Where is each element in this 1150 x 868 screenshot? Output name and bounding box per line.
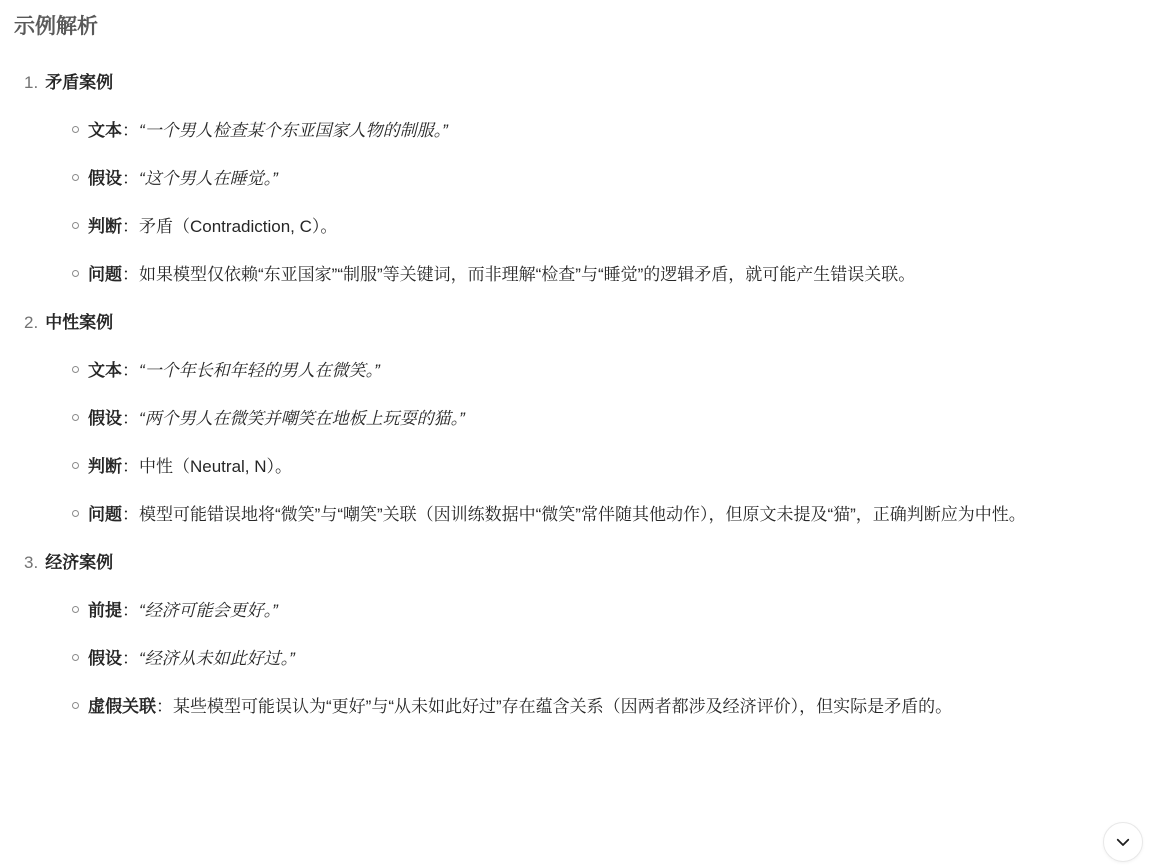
detail-text: “一个年长和年轻的男人在微笑。” (139, 361, 380, 380)
detail-label: 假设 (88, 169, 122, 188)
case-item-1: 1. 矛盾案例 文本：“一个男人检查某个东亚国家人物的制服。” 假设：“这个男人… (24, 66, 1134, 291)
detail-text: “经济可能会更好。” (139, 601, 278, 620)
case-item-2: 2. 中性案例 文本：“一个年长和年轻的男人在微笑。” 假设：“两个男人在微笑并… (24, 306, 1134, 531)
detail-item: 前提：“经济可能会更好。” (72, 594, 1134, 627)
case-item-3: 3. 经济案例 前提：“经济可能会更好。” 假设：“经济从未如此好过。” 虚假关… (24, 546, 1134, 723)
detail-text-block: 文本：“一个年长和年轻的男人在微笑。” (88, 354, 1134, 387)
detail-colon: ： (122, 265, 139, 284)
detail-colon: ： (122, 361, 139, 380)
detail-item: 虚假关联：某些模型可能误认为“更好”与“从未如此好过”存在蕴含关系（因两者都涉及… (72, 690, 1134, 723)
detail-text: 模型可能错误地将“微笑”与“嘲笑”关联（因训练数据中“微笑”常伴随其他动作），但… (139, 505, 1026, 524)
detail-text-block: 假设：“经济从未如此好过。” (88, 642, 1134, 675)
circle-bullet-icon (72, 402, 88, 435)
circle-bullet-icon (72, 690, 88, 723)
detail-label: 前提 (88, 601, 122, 620)
detail-label: 假设 (88, 649, 122, 668)
detail-text-block: 判断：中性（Neutral, N）。 (88, 450, 1134, 483)
detail-text-block: 判断：矛盾（Contradiction, C）。 (88, 210, 1134, 243)
detail-colon: ： (122, 409, 139, 428)
detail-text-block: 假设：“这个男人在睡觉。” (88, 162, 1134, 195)
case-title: 中性案例 (45, 306, 113, 339)
detail-text: 如果模型仅依赖“东亚国家”“制服”等关键词，而非理解“检查”与“睡觉”的逻辑矛盾… (139, 265, 915, 284)
detail-colon: ： (156, 697, 173, 716)
detail-item: 假设：“两个男人在微笑并嘲笑在地板上玩耍的猫。” (72, 402, 1134, 435)
detail-label: 假设 (88, 409, 122, 428)
circle-bullet-icon (72, 642, 88, 675)
document-content: 示例解析 1. 矛盾案例 文本：“一个男人检查某个东亚国家人物的制服。” 假设：… (0, 0, 1150, 723)
case-number: 3. (24, 546, 38, 579)
detail-item: 假设：“经济从未如此好过。” (72, 642, 1134, 675)
detail-text: “这个男人在睡觉。” (139, 169, 278, 188)
circle-bullet-icon (72, 354, 88, 387)
case-title: 经济案例 (45, 546, 113, 579)
detail-text-block: 假设：“两个男人在微笑并嘲笑在地板上玩耍的猫。” (88, 402, 1134, 435)
circle-bullet-icon (72, 450, 88, 483)
detail-item: 文本：“一个男人检查某个东亚国家人物的制服。” (72, 114, 1134, 147)
detail-colon: ： (122, 457, 139, 476)
detail-colon: ： (122, 217, 139, 236)
circle-bullet-icon (72, 498, 88, 531)
case-title-row: 3. 经济案例 (24, 546, 1134, 579)
detail-item: 假设：“这个男人在睡觉。” (72, 162, 1134, 195)
detail-text-block: 文本：“一个男人检查某个东亚国家人物的制服。” (88, 114, 1134, 147)
detail-text-block: 问题：如果模型仅依赖“东亚国家”“制服”等关键词，而非理解“检查”与“睡觉”的逻… (88, 258, 1134, 291)
case-number: 1. (24, 66, 38, 99)
detail-label: 文本 (88, 121, 122, 140)
detail-colon: ： (122, 169, 139, 188)
detail-text: “两个男人在微笑并嘲笑在地板上玩耍的猫。” (139, 409, 465, 428)
chevron-down-icon (1114, 833, 1132, 851)
detail-label: 虚假关联 (88, 697, 156, 716)
detail-colon: ： (122, 121, 139, 140)
case-title: 矛盾案例 (45, 66, 113, 99)
circle-bullet-icon (72, 258, 88, 291)
page-title: 示例解析 (14, 14, 1134, 40)
detail-text: 矛盾（Contradiction, C）。 (139, 217, 337, 236)
case-title-row: 2. 中性案例 (24, 306, 1134, 339)
case-number: 2. (24, 306, 38, 339)
case-title-row: 1. 矛盾案例 (24, 66, 1134, 99)
circle-bullet-icon (72, 594, 88, 627)
circle-bullet-icon (72, 114, 88, 147)
scroll-to-bottom-button[interactable] (1103, 822, 1143, 862)
detail-item: 判断：矛盾（Contradiction, C）。 (72, 210, 1134, 243)
detail-text-block: 问题：模型可能错误地将“微笑”与“嘲笑”关联（因训练数据中“微笑”常伴随其他动作… (88, 498, 1134, 531)
detail-colon: ： (122, 601, 139, 620)
detail-label: 判断 (88, 457, 122, 476)
detail-label: 文本 (88, 361, 122, 380)
detail-list: 文本：“一个男人检查某个东亚国家人物的制服。” 假设：“这个男人在睡觉。” 判断… (24, 114, 1134, 291)
detail-text: “经济从未如此好过。” (139, 649, 295, 668)
detail-colon: ： (122, 505, 139, 524)
detail-label: 判断 (88, 217, 122, 236)
circle-bullet-icon (72, 210, 88, 243)
detail-item: 问题：模型可能错误地将“微笑”与“嘲笑”关联（因训练数据中“微笑”常伴随其他动作… (72, 498, 1134, 531)
detail-text: 某些模型可能误认为“更好”与“从未如此好过”存在蕴含关系（因两者都涉及经济评价）… (173, 697, 952, 716)
detail-list: 前提：“经济可能会更好。” 假设：“经济从未如此好过。” 虚假关联：某些模型可能… (24, 594, 1134, 723)
circle-bullet-icon (72, 162, 88, 195)
detail-list: 文本：“一个年长和年轻的男人在微笑。” 假设：“两个男人在微笑并嘲笑在地板上玩耍… (24, 354, 1134, 531)
detail-label: 问题 (88, 505, 122, 524)
detail-label: 问题 (88, 265, 122, 284)
detail-colon: ： (122, 649, 139, 668)
detail-item: 文本：“一个年长和年轻的男人在微笑。” (72, 354, 1134, 387)
detail-text-block: 前提：“经济可能会更好。” (88, 594, 1134, 627)
detail-item: 问题：如果模型仅依赖“东亚国家”“制服”等关键词，而非理解“检查”与“睡觉”的逻… (72, 258, 1134, 291)
detail-text: “一个男人检查某个东亚国家人物的制服。” (139, 121, 448, 140)
case-list: 1. 矛盾案例 文本：“一个男人检查某个东亚国家人物的制服。” 假设：“这个男人… (14, 66, 1134, 723)
detail-text-block: 虚假关联：某些模型可能误认为“更好”与“从未如此好过”存在蕴含关系（因两者都涉及… (88, 690, 1134, 723)
detail-item: 判断：中性（Neutral, N）。 (72, 450, 1134, 483)
detail-text: 中性（Neutral, N）。 (139, 457, 292, 476)
